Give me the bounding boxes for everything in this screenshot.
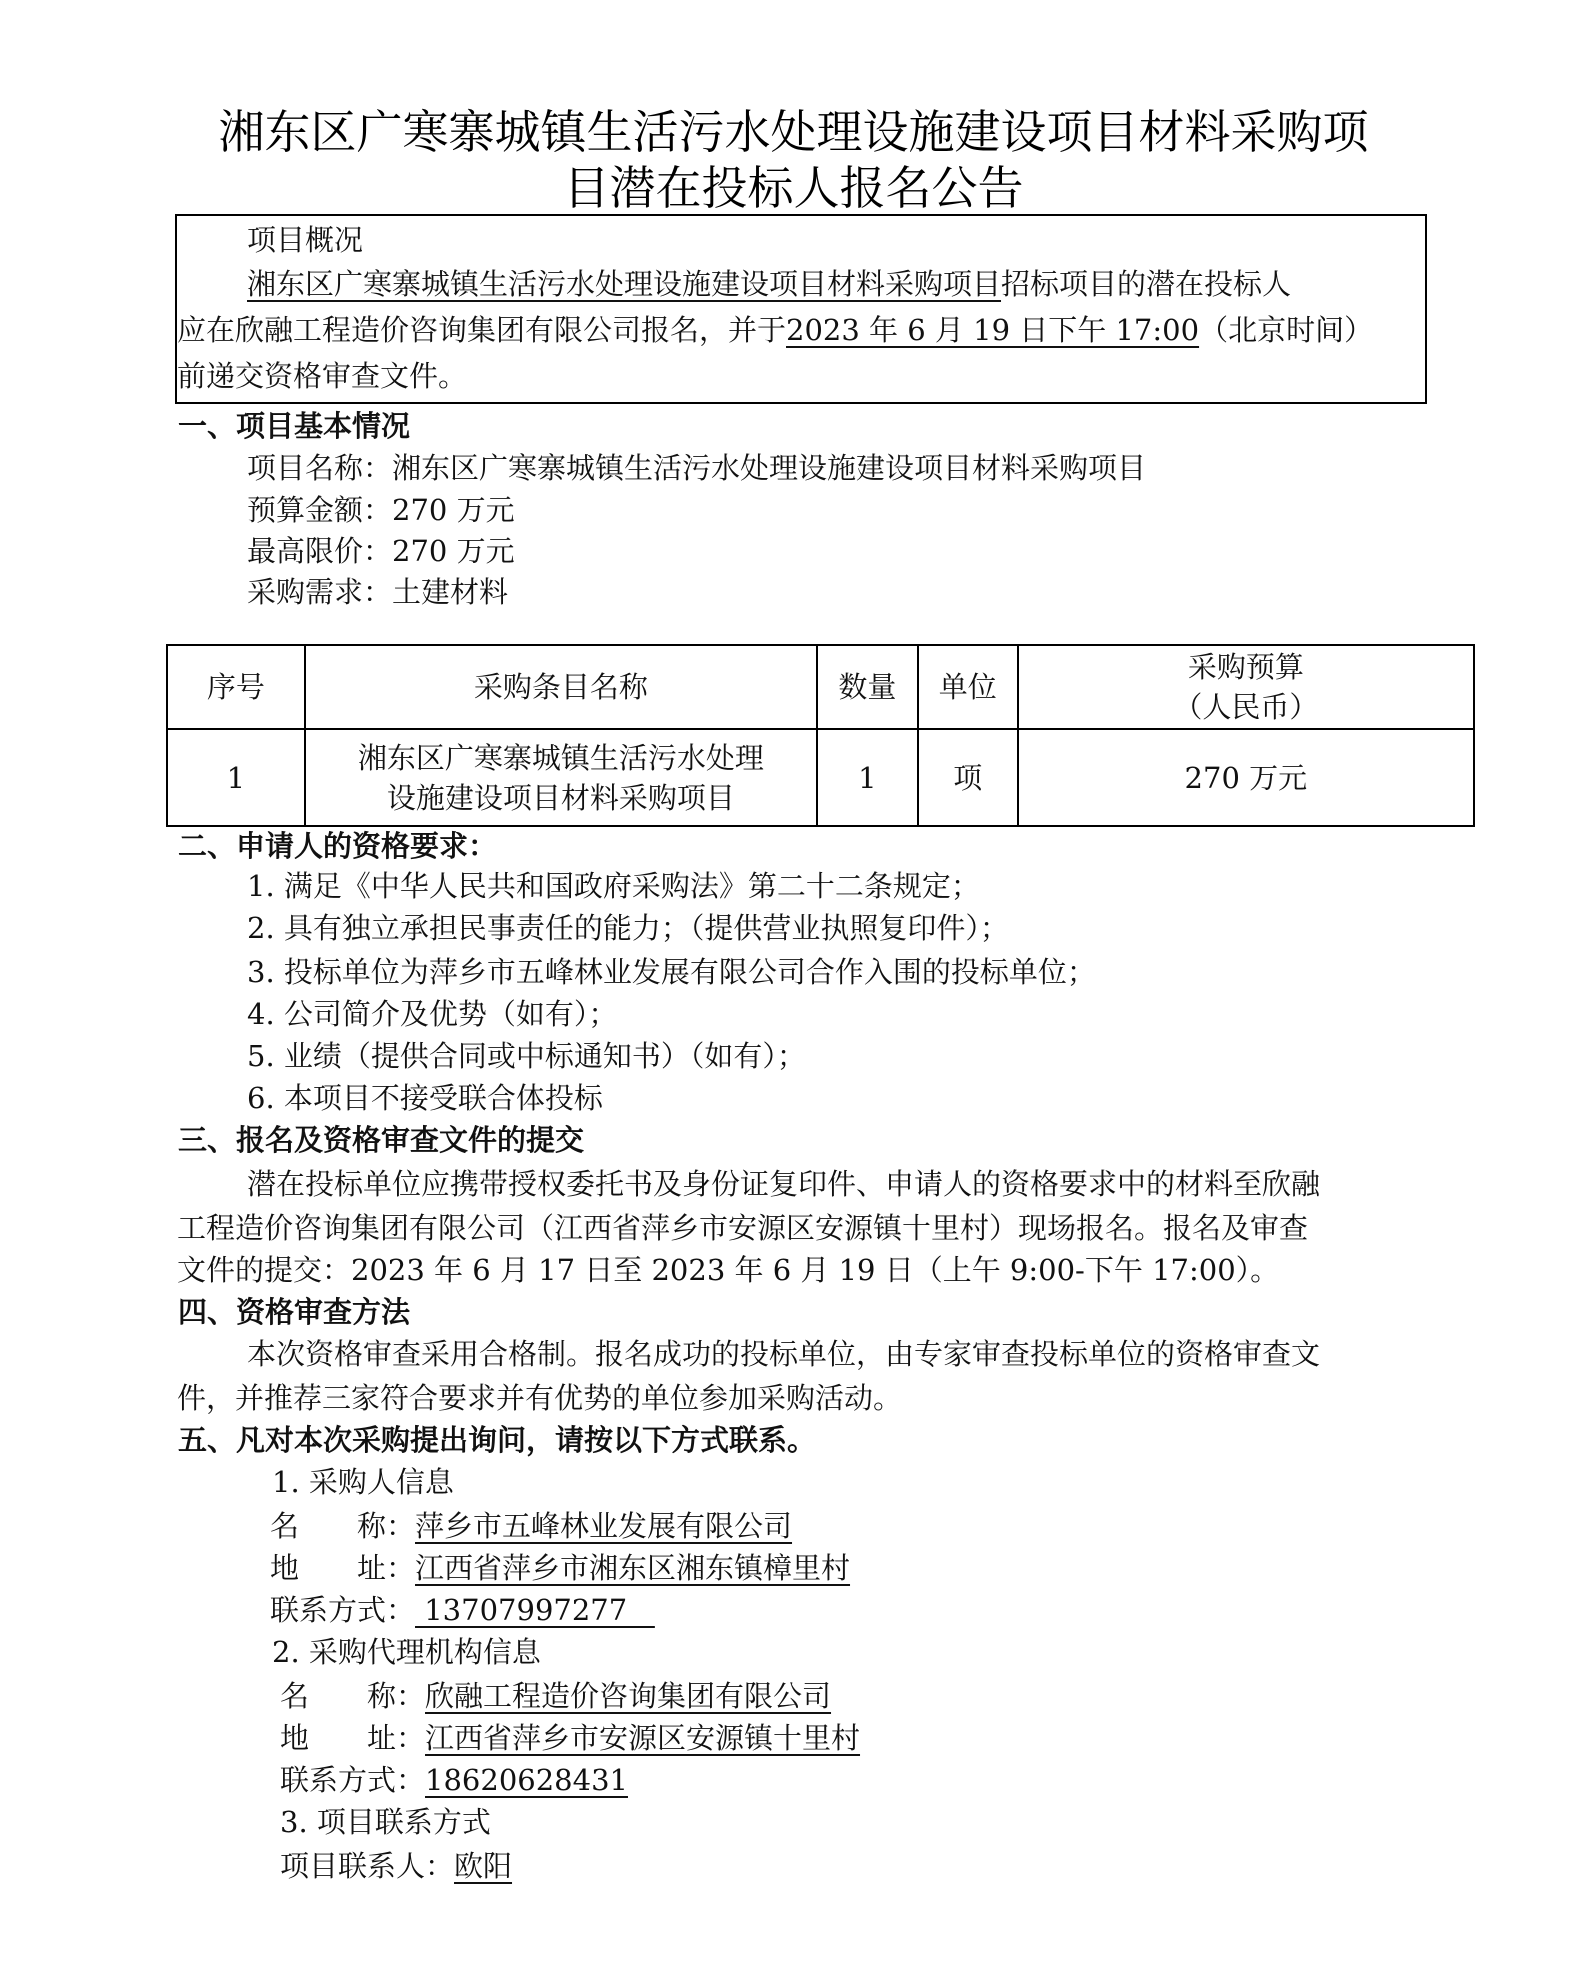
overview-line1: 湘东区广寒寨城镇生活污水处理设施建设项目材料采购项目招标项目的潜在投标人 <box>247 264 1291 304</box>
purchaser-name: 萍乡市五峰林业发展有限公司 <box>415 1509 792 1543</box>
overview-line3: 前递交资格审查文件。 <box>177 356 467 396</box>
cell-unit: 项 <box>918 729 1018 826</box>
section5-heading: 五、凡对本次采购提出询问，请按以下方式联系。 <box>178 1420 816 1460</box>
overview-line2-pre: 应在欣融工程造价咨询集团有限公司报名，并于 <box>177 313 786 347</box>
overview-line2-post: （北京时间） <box>1199 313 1373 347</box>
agency-contact-row: 联系方式：18620628431 <box>280 1760 628 1800</box>
requirement-item: 6. 本项目不接受联合体投标 <box>247 1078 603 1118</box>
demand-line: 采购需求：土建材料 <box>247 572 508 612</box>
section3-heading: 三、报名及资格审查文件的提交 <box>178 1120 584 1160</box>
overview-line2: 应在欣融工程造价咨询集团有限公司报名，并于2023 年 6 月 19 日下午 1… <box>177 310 1373 350</box>
header-no: 序号 <box>167 645 305 729</box>
agency-heading: 2. 采购代理机构信息 <box>272 1632 541 1672</box>
agency-address-label: 地 址： <box>280 1721 425 1755</box>
agency-phone: 18620628431 <box>425 1763 628 1797</box>
requirement-item: 5. 业绩（提供合同或中标通知书）（如有）； <box>247 1036 806 1076</box>
cell-item-name: 湘东区广寒寨城镇生活污水处理 设施建设项目材料采购项目 <box>305 729 817 826</box>
agency-name: 欣融工程造价咨询集团有限公司 <box>425 1679 831 1713</box>
purchaser-contact-row: 联系方式： 13707997277 <box>270 1590 655 1630</box>
purchaser-contact-label: 联系方式： <box>270 1593 415 1627</box>
project-contact-row: 项目联系人：欧阳 <box>280 1846 512 1886</box>
table-row: 1 湘东区广寒寨城镇生活污水处理 设施建设项目材料采购项目 1 项 270 万元 <box>167 729 1474 826</box>
deadline-text: 2023 年 6 月 19 日下午 17:00 <box>786 313 1199 347</box>
section4-line2: 件，并推荐三家符合要求并有优势的单位参加采购活动。 <box>177 1378 902 1418</box>
section3-line2: 工程造价咨询集团有限公司（江西省萍乡市安源区安源镇十里村）现场报名。报名及审查 <box>177 1208 1308 1248</box>
requirement-item: 3. 投标单位为萍乡市五峰林业发展有限公司合作入围的投标单位； <box>247 952 1096 992</box>
purchaser-name-label: 名 称： <box>270 1509 415 1543</box>
cell-item-name-line2: 设施建设项目材料采购项目 <box>306 778 816 818</box>
document-title-line1: 湘东区广寒寨城镇生活污水处理设施建设项目材料采购项 <box>0 104 1587 160</box>
section4-heading: 四、资格审查方法 <box>178 1292 410 1332</box>
header-budget-line2: （人民币） <box>1019 687 1473 727</box>
agency-name-label: 名 称： <box>280 1679 425 1713</box>
purchaser-name-row: 名 称：萍乡市五峰林业发展有限公司 <box>270 1506 792 1546</box>
requirement-item: 4. 公司简介及优势（如有）； <box>247 994 617 1034</box>
purchaser-heading: 1. 采购人信息 <box>272 1462 454 1502</box>
agency-contact-label: 联系方式： <box>280 1763 425 1797</box>
section3-line3: 文件的提交：2023 年 6 月 17 日至 2023 年 6 月 19 日（上… <box>177 1250 1279 1290</box>
agency-name-row: 名 称：欣融工程造价咨询集团有限公司 <box>280 1676 831 1716</box>
header-budget-line1: 采购预算 <box>1019 647 1473 687</box>
section4-line1: 本次资格审查采用合格制。报名成功的投标单位，由专家审查投标单位的资格审查文 <box>247 1334 1320 1374</box>
header-budget: 采购预算 （人民币） <box>1018 645 1474 729</box>
project-contact-label: 项目联系人： <box>280 1849 454 1883</box>
procurement-table: 序号 采购条目名称 数量 单位 采购预算 （人民币） 1 湘东区广寒寨城镇生活污… <box>166 644 1475 827</box>
requirement-item: 2. 具有独立承担民事责任的能力；（提供营业执照复印件）； <box>247 908 1009 948</box>
cell-qty: 1 <box>817 729 918 826</box>
requirement-item: 1. 满足《中华人民共和国政府采购法》第二十二条规定； <box>247 866 980 906</box>
overview-line1-rest: 招标项目的潜在投标人 <box>1001 267 1291 301</box>
table-header-row: 序号 采购条目名称 数量 单位 采购预算 （人民币） <box>167 645 1474 729</box>
project-name-line: 项目名称：湘东区广寒寨城镇生活污水处理设施建设项目材料采购项目 <box>247 448 1146 488</box>
document-title-line2: 目潜在投标人报名公告 <box>0 160 1587 216</box>
header-item-name: 采购条目名称 <box>305 645 817 729</box>
project-contact-heading: 3. 项目联系方式 <box>280 1802 491 1842</box>
purchaser-address: 江西省萍乡市湘东区湘东镇樟里村 <box>415 1551 850 1585</box>
purchaser-address-label: 地 址： <box>270 1551 415 1585</box>
cell-no: 1 <box>167 729 305 826</box>
max-price-line: 最高限价：270 万元 <box>247 531 515 571</box>
cell-budget: 270 万元 <box>1018 729 1474 826</box>
overview-heading: 项目概况 <box>247 220 363 260</box>
header-qty: 数量 <box>817 645 918 729</box>
agency-address-row: 地 址：江西省萍乡市安源区安源镇十里村 <box>280 1718 860 1758</box>
budget-line: 预算金额：270 万元 <box>247 490 515 530</box>
section3-line1: 潜在投标单位应携带授权委托书及身份证复印件、申请人的资格要求中的材料至欣融 <box>247 1164 1320 1204</box>
purchaser-address-row: 地 址：江西省萍乡市湘东区湘东镇樟里村 <box>270 1548 850 1588</box>
section1-heading: 一、项目基本情况 <box>178 406 410 446</box>
project-name-link: 湘东区广寒寨城镇生活污水处理设施建设项目材料采购项目 <box>247 267 1001 301</box>
section2-heading: 二、申请人的资格要求： <box>178 826 497 866</box>
header-unit: 单位 <box>918 645 1018 729</box>
purchaser-phone: 13707997277 <box>415 1593 655 1627</box>
project-contact-person: 欧阳 <box>454 1849 512 1883</box>
agency-address: 江西省萍乡市安源区安源镇十里村 <box>425 1721 860 1755</box>
cell-item-name-line1: 湘东区广寒寨城镇生活污水处理 <box>306 738 816 778</box>
